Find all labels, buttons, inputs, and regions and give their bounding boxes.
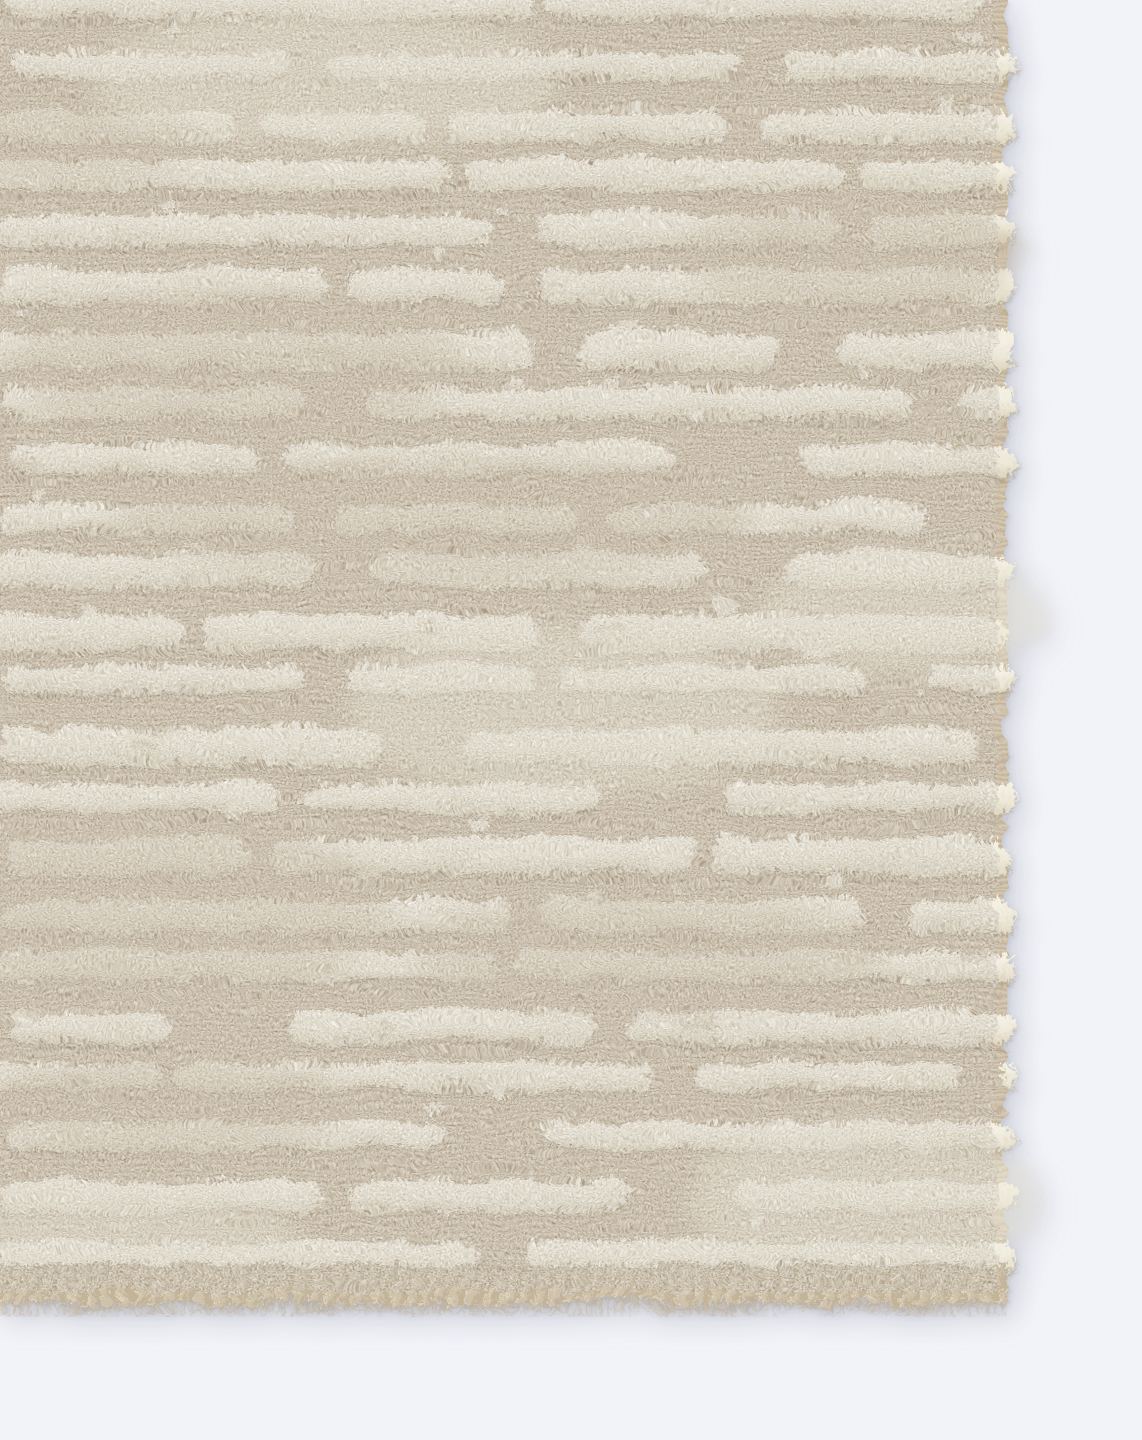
rug-photo (0, 0, 1142, 1440)
rug-body (0, 0, 1045, 1302)
rug-product-photo (0, 0, 1142, 1440)
